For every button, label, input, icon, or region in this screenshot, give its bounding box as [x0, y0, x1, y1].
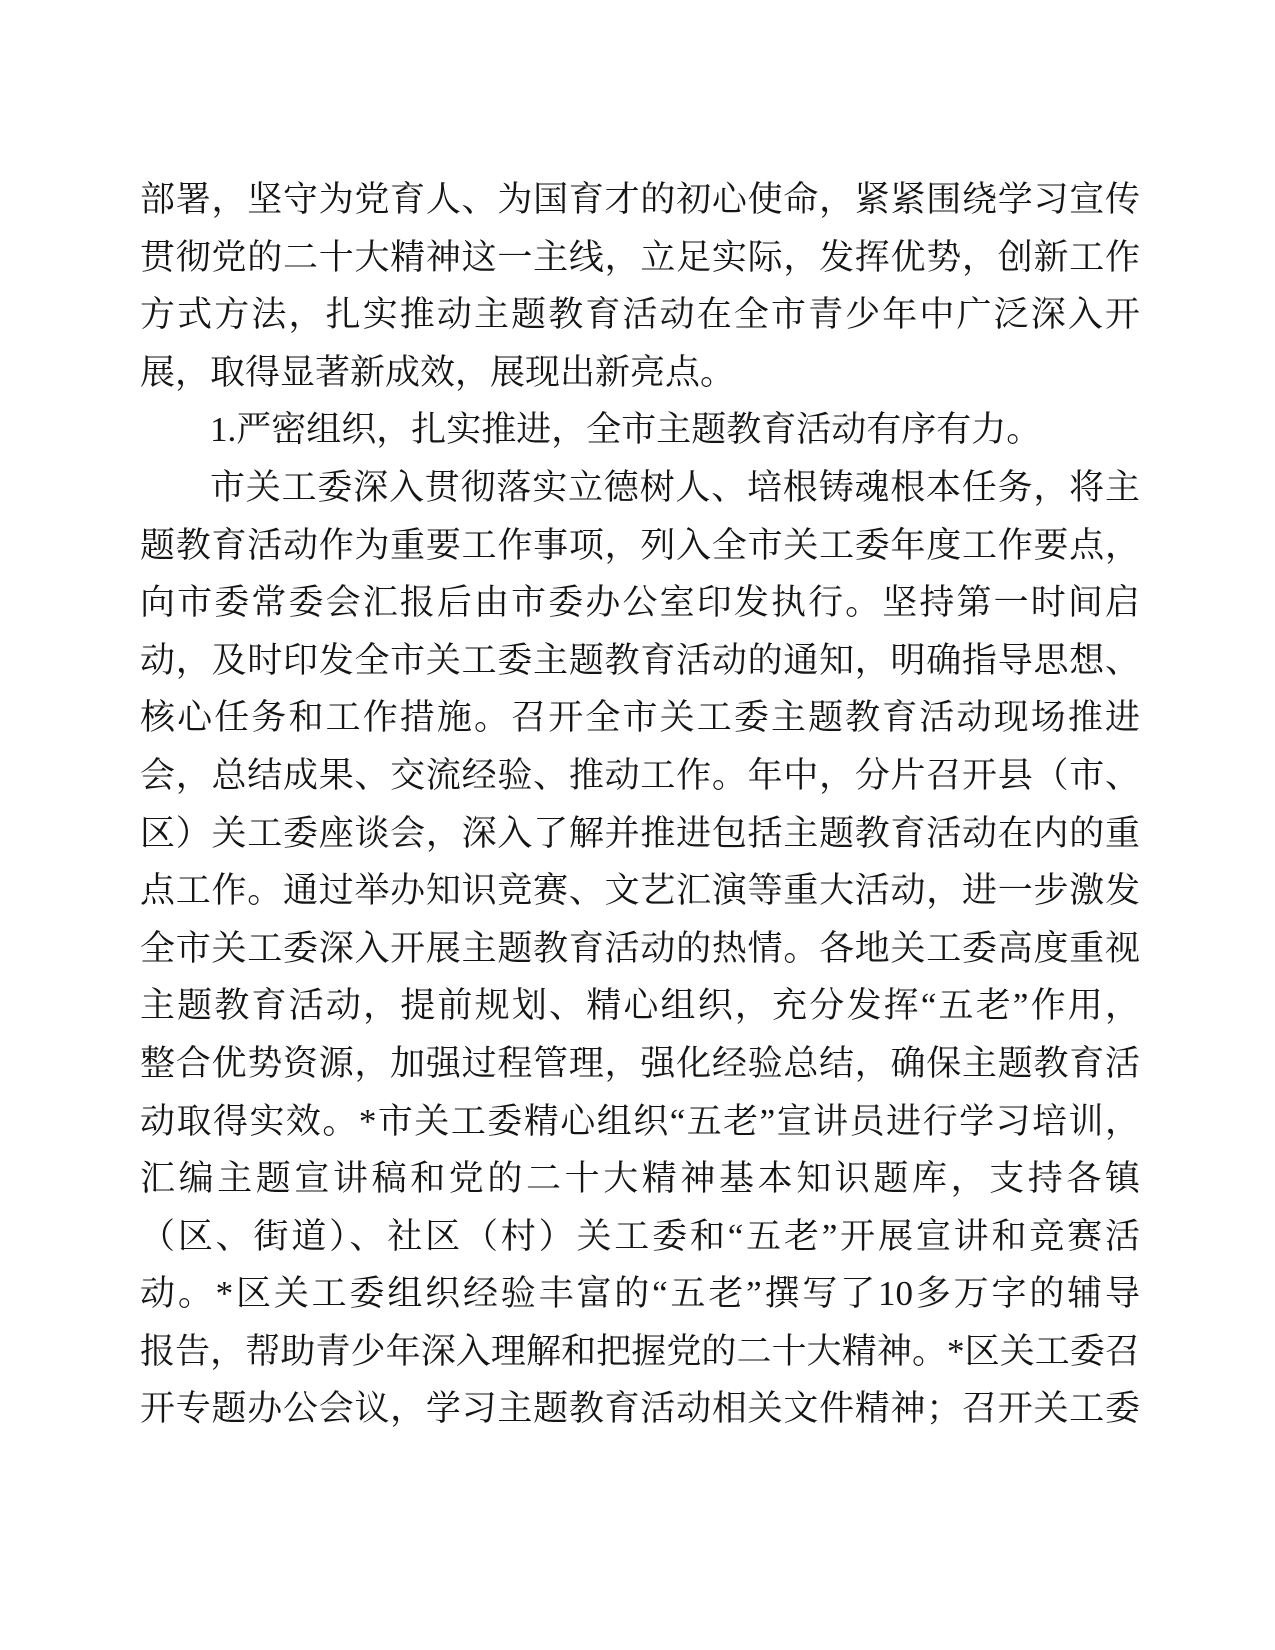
text-line: 整合优势资源，加强过程管理，强化经验总结，确保主题教育活 [140, 1035, 1140, 1093]
text-line-numbered-heading: 1.严密组织，扎实推进，全市主题教育活动有序有力。 [140, 401, 1140, 459]
document-body-text: 部署，坚守为党育人、为国育才的初心使命，紧紧围绕学习宣传 贯彻党的二十大精神这一… [140, 171, 1140, 1438]
text-line: 汇编主题宣讲稿和党的二十大精神基本知识题库，支持各镇 [140, 1150, 1140, 1208]
text-line: 贯彻党的二十大精神这一主线，立足实际，发挥优势，创新工作 [140, 229, 1140, 287]
text-line: 方式方法，扎实推动主题教育活动在全市青少年中广泛深入开 [140, 286, 1140, 344]
text-line: 市关工委深入贯彻落实立德树人、培根铸魂根本任务，将主 [140, 459, 1140, 517]
text-line: 动，及时印发全市关工委主题教育活动的通知，明确指导思想、 [140, 632, 1140, 690]
text-line: （区、街道）、社区（村）关工委和“五老”开展宣讲和竞赛活 [140, 1208, 1140, 1266]
text-line: 主题教育活动，提前规划、精心组织，充分发挥“五老”作用， [140, 977, 1140, 1035]
text-line: 区）关工委座谈会，深入了解并推进包括主题教育活动在内的重 [140, 805, 1140, 863]
document-page: 部署，坚守为党育人、为国育才的初心使命，紧紧围绕学习宣传 贯彻党的二十大精神这一… [0, 0, 1275, 1650]
text-line: 会，总结成果、交流经验、推动工作。年中，分片召开县（市、 [140, 747, 1140, 805]
text-line: 部署，坚守为党育人、为国育才的初心使命，紧紧围绕学习宣传 [140, 171, 1140, 229]
text-line: 全市关工委深入开展主题教育活动的热情。各地关工委高度重视 [140, 920, 1140, 978]
text-line: 开专题办公会议，学习主题教育活动相关文件精神；召开关工委 [140, 1380, 1140, 1438]
text-line: 展，取得显著新成效，展现出新亮点。 [140, 344, 1140, 402]
text-line: 向市委常委会汇报后由市委办公室印发执行。坚持第一时间启 [140, 574, 1140, 632]
text-line: 报告，帮助青少年深入理解和把握党的二十大精神。*区关工委召 [140, 1323, 1140, 1381]
text-line: 核心任务和工作措施。召开全市关工委主题教育活动现场推进 [140, 689, 1140, 747]
text-line: 动。*区关工委组织经验丰富的“五老”撰写了10多万字的辅导 [140, 1265, 1140, 1323]
text-line: 点工作。通过举办知识竞赛、文艺汇演等重大活动，进一步激发 [140, 862, 1140, 920]
text-line: 动取得实效。*市关工委精心组织“五老”宣讲员进行学习培训， [140, 1093, 1140, 1151]
text-line: 题教育活动作为重要工作事项，列入全市关工委年度工作要点， [140, 517, 1140, 575]
